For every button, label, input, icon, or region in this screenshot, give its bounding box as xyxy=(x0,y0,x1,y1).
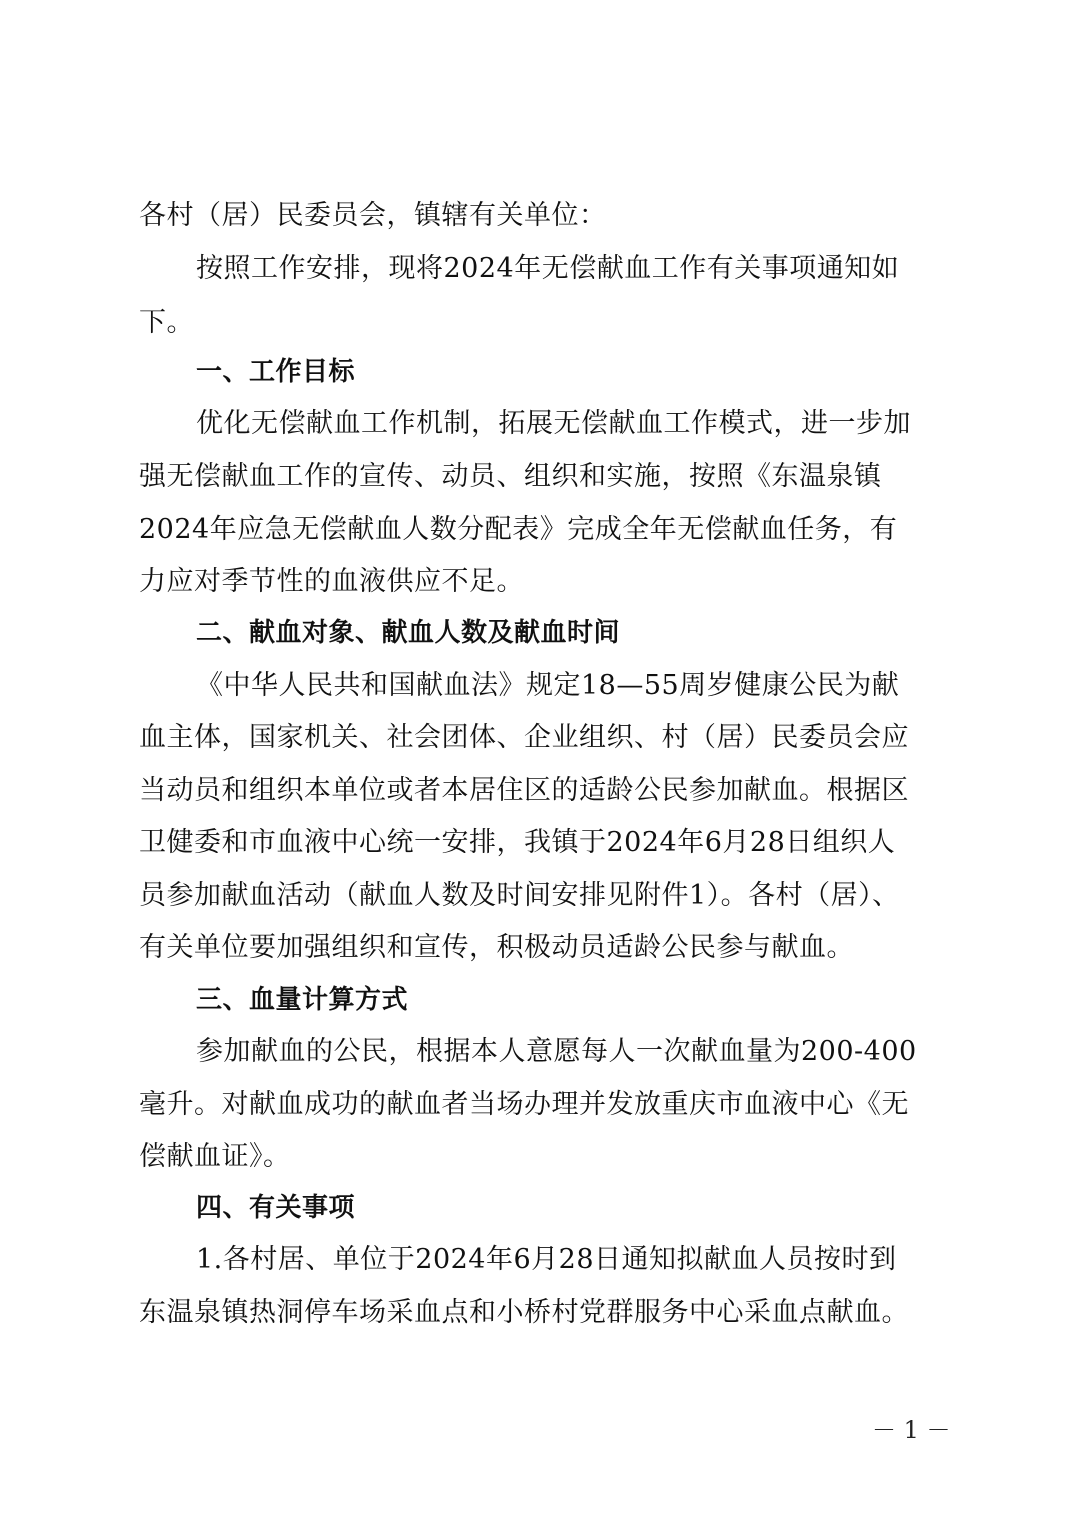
paragraph-line: 1.各村居、单位于2024年6月28日通知拟献血人员按时到 xyxy=(196,1240,897,1280)
paragraph-line: 2024年应急无偿献血人数分配表》完成全年无偿献血任务，有 xyxy=(139,510,897,550)
intro-line: 下。 xyxy=(139,303,194,343)
page-number: － 1 － xyxy=(872,1410,951,1445)
paragraph-line: 毫升。对献血成功的献血者当场办理并发放重庆市血液中心《无 xyxy=(139,1085,909,1125)
intro-line: 按照工作安排，现将2024年无偿献血工作有关事项通知如 xyxy=(196,249,899,289)
paragraph-line: 当动员和组织本单位或者本居住区的适龄公民参加献血。根据区 xyxy=(139,771,909,811)
paragraph-line: 强无偿献血工作的宣传、动员、组织和实施，按照《东温泉镇 xyxy=(139,457,882,497)
paragraph-line: 员参加献血活动（献血人数及时间安排见附件1）。各村（居）、 xyxy=(139,876,900,916)
paragraph-line: 偿献血证》。 xyxy=(139,1137,291,1177)
paragraph-line: 力应对季节性的血液供应不足。 xyxy=(139,562,524,602)
section-heading-3: 三、血量计算方式 xyxy=(196,980,408,1020)
paragraph-line: 《中华人民共和国献血法》规定18—55周岁健康公民为献 xyxy=(196,666,899,706)
section-heading-2: 二、献血对象、献血人数及献血时间 xyxy=(196,613,620,653)
salutation: 各村（居）民委员会，镇辖有关单位： xyxy=(139,196,607,236)
section-heading-4: 四、有关事项 xyxy=(196,1188,355,1228)
paragraph-line: 东温泉镇热洞停车场采血点和小桥村党群服务中心采血点献血。 xyxy=(139,1293,909,1333)
paragraph-line: 卫健委和市血液中心统一安排，我镇于2024年6月28日组织人 xyxy=(139,823,895,863)
section-heading-1: 一、工作目标 xyxy=(196,352,355,392)
paragraph-line: 参加献血的公民，根据本人意愿每人一次献血量为200-400 xyxy=(196,1032,917,1072)
paragraph-line: 有关单位要加强组织和宣传，积极动员适龄公民参与献血。 xyxy=(139,928,854,968)
paragraph-line: 优化无偿献血工作机制，拓展无偿献血工作模式，进一步加 xyxy=(196,404,911,444)
paragraph-line: 血主体，国家机关、社会团体、企业组织、村（居）民委员会应 xyxy=(139,718,909,758)
